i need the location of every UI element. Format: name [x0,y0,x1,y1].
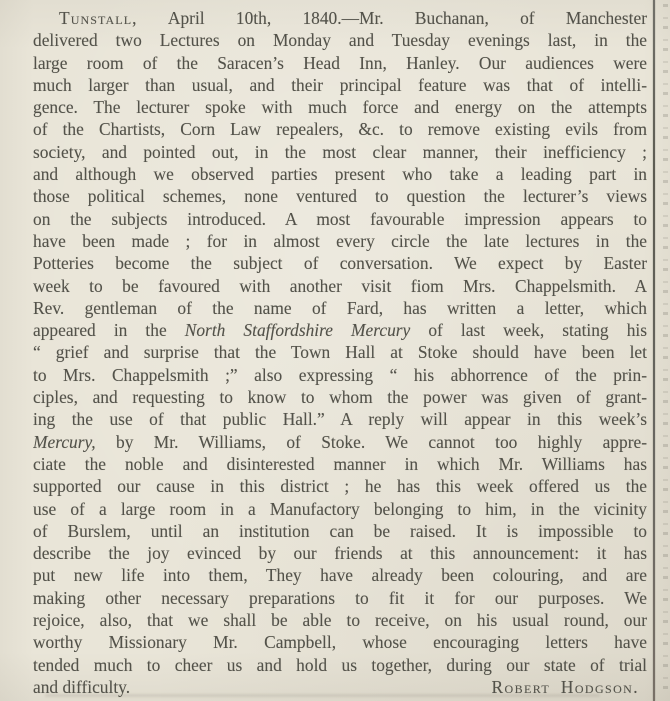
text-segment: put new life into them, They have alread… [33,565,647,585]
text-line: appeared in the North Staffordshire Merc… [33,319,647,341]
text-segment: by Mr. Williams, of Stoke. We cannot too… [96,432,647,452]
text-line: society, and pointed out, in the most cl… [33,141,647,163]
text-line: large room of the Saracen’s Head Inn, Ha… [33,52,647,74]
scan-smudge [45,694,600,697]
text-segment: large room of the Saracen’s Head Inn, Ha… [33,53,647,73]
text-segment: supported our cause in this district ; h… [33,476,647,496]
text-line: and although we observed parties present… [33,163,647,185]
text-segment: ing the use of that public Hall.” A repl… [33,409,647,429]
text-segment: of Burslem, until an institution can be … [33,521,647,541]
text-line: ciples, and requesting to know to whom t… [33,386,647,408]
text-line: describe the joy evinced by our friends … [33,542,647,564]
text-line: worthy Missionary Mr. Campbell, whose en… [33,631,647,653]
text-line: ing the use of that public Hall.” A repl… [33,408,647,430]
text-line: making other necessary preparations to f… [33,587,647,609]
text-line: Rev. gentleman of the name of Fard, has … [33,297,647,319]
text-segment: April 10th, 1840.—Mr. Buchanan, of Manch… [138,8,647,28]
text-segment: have been made ; for in almost every cir… [33,231,647,251]
text-segment: Mercury, [33,432,96,452]
text-segment: on the subjects introduced. A most favou… [33,209,647,229]
text-line: of Burslem, until an institution can be … [33,520,647,542]
text-segment: gence. The lecturer spoke with much forc… [33,97,647,117]
text-segment: those political schemes, none ventured t… [33,186,647,206]
text-segment: delivered two Lectures on Monday and Tue… [33,30,647,50]
text-segment: appeared in the [33,320,185,340]
text-segment: ciate the noble and disinterested manner… [33,454,647,474]
adjacent-column-fragments [663,4,668,697]
text-line: gence. The lecturer spoke with much forc… [33,96,647,118]
text-segment: to Mrs. Chappelsmith ;” also expressing … [33,365,647,385]
text-segment: Potteries become the subject of conversa… [33,253,647,273]
text-line: those political schemes, none ventured t… [33,185,647,207]
text-line: to Mrs. Chappelsmith ;” also expressing … [33,364,647,386]
text-segment: society, and pointed out, in the most cl… [33,142,647,162]
text-line: rejoice, also, that we shall be able to … [33,609,647,631]
text-line: delivered two Lectures on Monday and Tue… [33,29,647,51]
text-segment: describe the joy evinced by our friends … [33,543,647,563]
text-line: Tunstall, April 10th, 1840.—Mr. Buchanan… [33,7,647,29]
text-segment: North Staffordshire Mercury [185,320,411,340]
text-line: Mercury, by Mr. Williams, of Stoke. We c… [33,431,647,453]
text-segment: Tunstall, [59,8,138,28]
text-segment: rejoice, also, that we shall be able to … [33,610,647,630]
text-segment: “ grief and surprise that the Town Hall … [33,342,647,362]
text-line: week to be favoured with another visit f… [33,275,647,297]
text-segment: of last week, stating his [410,320,647,340]
text-line: ciate the noble and disinterested manner… [33,453,647,475]
text-segment: of the Chartists, Corn Law repealers, &c… [33,119,647,139]
newspaper-column: Tunstall, April 10th, 1840.—Mr. Buchanan… [0,0,670,701]
text-segment: use of a large room in a Manufactory bel… [33,499,647,519]
text-line: use of a large room in a Manufactory bel… [33,498,647,520]
text-segment: week to be favoured with another visit f… [33,276,647,296]
scanned-page: { "page": { "paper_color": "#e9e5d8", "i… [0,0,670,701]
text-segment: and although we observed parties present… [33,164,647,184]
text-line: supported our cause in this district ; h… [33,475,647,497]
text-line: have been made ; for in almost every cir… [33,230,647,252]
article-text: Tunstall, April 10th, 1840.—Mr. Buchanan… [0,0,670,698]
text-line: Potteries become the subject of conversa… [33,252,647,274]
column-rule-divider [653,0,655,701]
text-segment: Rev. gentleman of the name of Fard, has … [33,298,647,318]
text-line: on the subjects introduced. A most favou… [33,208,647,230]
text-line: “ grief and surprise that the Town Hall … [33,341,647,363]
text-segment: making other necessary preparations to f… [33,588,647,608]
text-segment: ciples, and requesting to know to whom t… [33,387,647,407]
text-line: much larger than usual, and their princi… [33,74,647,96]
text-segment: worthy Missionary Mr. Campbell, whose en… [33,632,647,652]
text-line: put new life into them, They have alread… [33,564,647,586]
text-segment: tended much to cheer us and hold us toge… [33,655,647,675]
text-segment: much larger than usual, and their princi… [33,75,647,95]
text-line: tended much to cheer us and hold us toge… [33,654,647,676]
text-line: of the Chartists, Corn Law repealers, &c… [33,118,647,140]
